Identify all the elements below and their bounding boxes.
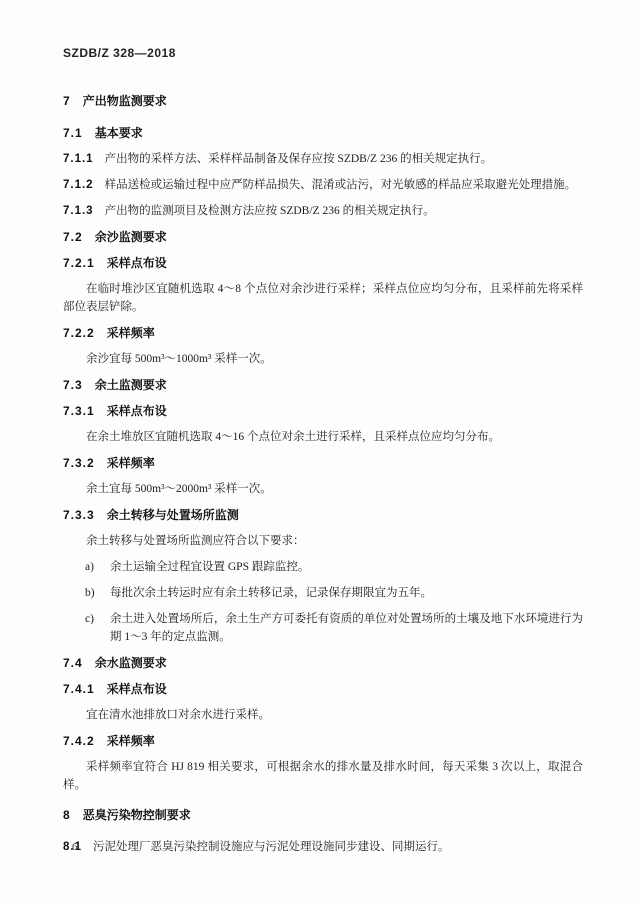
clause-text: 样品送检或运输过程中应严防样品损失、混淆或沾污，对光敏感的样品应采取避光处理措施… — [105, 179, 577, 191]
list-text: 每批次余土转运时应有余土转移记录，记录保存期限宜为五年。 — [110, 584, 583, 602]
subsection-heading-7-4: 7.4余水监测要求 — [63, 654, 583, 672]
clause-text: 产出物的监测项目及检测方法应按 SZDB/Z 236 的相关规定执行。 — [105, 205, 435, 217]
subsection-heading-7-2-1: 7.2.1采样点布设 — [63, 254, 583, 272]
paragraph: 宜在清水池排放口对余水进行采样。 — [63, 706, 583, 724]
subsection-heading-7-3-2: 7.3.2采样频率 — [63, 454, 583, 472]
list-letter: c) — [85, 610, 110, 646]
paragraph: 余土宜每 500m³～2000m³ 采样一次。 — [63, 480, 583, 498]
subsection-title: 余水监测要求 — [95, 656, 167, 670]
list-item-a: a) 余土运输全过程宜设置 GPS 跟踪监控。 — [63, 558, 583, 576]
subsection-number: 7.3.2 — [63, 456, 95, 470]
page-number: 6 — [72, 838, 78, 856]
clause-8-1: 8.1污泥处理厂恶臭污染控制设施应与污泥处理设施同步建设、同期运行。 — [63, 838, 583, 856]
subsection-heading-7-4-1: 7.4.1采样点布设 — [63, 680, 583, 698]
subsection-heading-7-3: 7.3余土监测要求 — [63, 376, 583, 394]
section-number: 8 — [63, 808, 71, 822]
list-item-b: b) 每批次余土转运时应有余土转移记录，记录保存期限宜为五年。 — [63, 584, 583, 602]
section-heading-8: 8恶臭污染物控制要求 — [63, 806, 583, 824]
subsection-title: 余土转移与处置场所监测 — [107, 508, 239, 522]
subsection-title: 采样点布设 — [107, 682, 167, 696]
list-letter: a) — [85, 558, 110, 576]
subsection-heading-7-2: 7.2余沙监测要求 — [63, 228, 583, 246]
subsection-heading-7-3-3: 7.3.3余土转移与处置场所监测 — [63, 506, 583, 524]
section-heading-7: 7产出物监测要求 — [63, 92, 583, 110]
subsection-title: 余沙监测要求 — [95, 230, 167, 244]
subsection-heading-7-1: 7.1基本要求 — [63, 124, 583, 142]
paragraph: 余土转移与处置场所监测应符合以下要求： — [63, 532, 583, 550]
subsection-title: 采样点布设 — [107, 256, 167, 270]
list-text: 余土运输全过程宜设置 GPS 跟踪监控。 — [110, 558, 583, 576]
section-title: 产出物监测要求 — [83, 94, 167, 108]
subsection-number: 7.3.1 — [63, 404, 95, 418]
list-item-c: c) 余土进入处置场所后，余土生产方可委托有资质的单位对处置场所的土壤及地下水环… — [63, 610, 583, 646]
subsection-title: 基本要求 — [95, 126, 143, 140]
subsection-number: 7.4.2 — [63, 734, 95, 748]
subsection-number: 7.4.1 — [63, 682, 95, 696]
subsection-heading-7-4-2: 7.4.2采样频率 — [63, 732, 583, 750]
subsection-heading-7-2-2: 7.2.2采样频率 — [63, 324, 583, 342]
clause-7-1-3: 7.1.3产出物的监测项目及检测方法应按 SZDB/Z 236 的相关规定执行。 — [63, 202, 583, 220]
subsection-title: 余土监测要求 — [95, 378, 167, 392]
subsection-title: 采样点布设 — [107, 404, 167, 418]
list-letter: b) — [85, 584, 110, 602]
subsection-title: 采样频率 — [107, 734, 155, 748]
paragraph: 余沙宜每 500m³～1000m³ 采样一次。 — [63, 350, 583, 368]
subsection-number: 7.2.2 — [63, 326, 95, 340]
subsection-title: 采样频率 — [107, 326, 155, 340]
section-number: 7 — [63, 94, 71, 108]
paragraph: 采样频率宜符合 HJ 819 相关要求，可根据余水的排水量及排水时间，每天采集 … — [63, 758, 583, 794]
section-title: 恶臭污染物控制要求 — [83, 808, 191, 822]
subsection-number: 7.2 — [63, 230, 83, 244]
document-header: SZDB/Z 328—2018 — [63, 44, 583, 62]
clause-text: 污泥处理厂恶臭污染控制设施应与污泥处理设施同步建设、同期运行。 — [93, 841, 450, 853]
subsection-number: 7.2.1 — [63, 256, 95, 270]
subsection-heading-7-3-1: 7.3.1采样点布设 — [63, 402, 583, 420]
list-text: 余土进入处置场所后，余土生产方可委托有资质的单位对处置场所的土壤及地下水环境进行… — [110, 610, 583, 646]
clause-number: 7.1.1 — [63, 153, 94, 165]
subsection-number: 7.1 — [63, 126, 83, 140]
clause-number: 7.1.2 — [63, 179, 94, 191]
clause-text: 产出物的采样方法、采样样品制备及保存应按 SZDB/Z 236 的相关规定执行。 — [105, 153, 493, 165]
subsection-number: 7.3 — [63, 378, 83, 392]
subsection-title: 采样频率 — [107, 456, 155, 470]
clause-7-1-2: 7.1.2样品送检或运输过程中应严防样品损失、混淆或沾污，对光敏感的样品应采取避… — [63, 176, 583, 194]
clause-7-1-1: 7.1.1产出物的采样方法、采样样品制备及保存应按 SZDB/Z 236 的相关… — [63, 150, 583, 168]
clause-number: 7.1.3 — [63, 205, 94, 217]
subsection-number: 7.3.3 — [63, 508, 95, 522]
paragraph: 在余土堆放区宜随机选取 4～16 个点位对余土进行采样，且采样点位应均匀分布。 — [63, 428, 583, 446]
subsection-number: 7.4 — [63, 656, 83, 670]
document-page: SZDB/Z 328—2018 7产出物监测要求 7.1基本要求 7.1.1产出… — [0, 0, 640, 905]
paragraph: 在临时堆沙区宜随机选取 4～8 个点位对余沙进行采样；采样点位应均匀分布，且采样… — [63, 280, 583, 316]
